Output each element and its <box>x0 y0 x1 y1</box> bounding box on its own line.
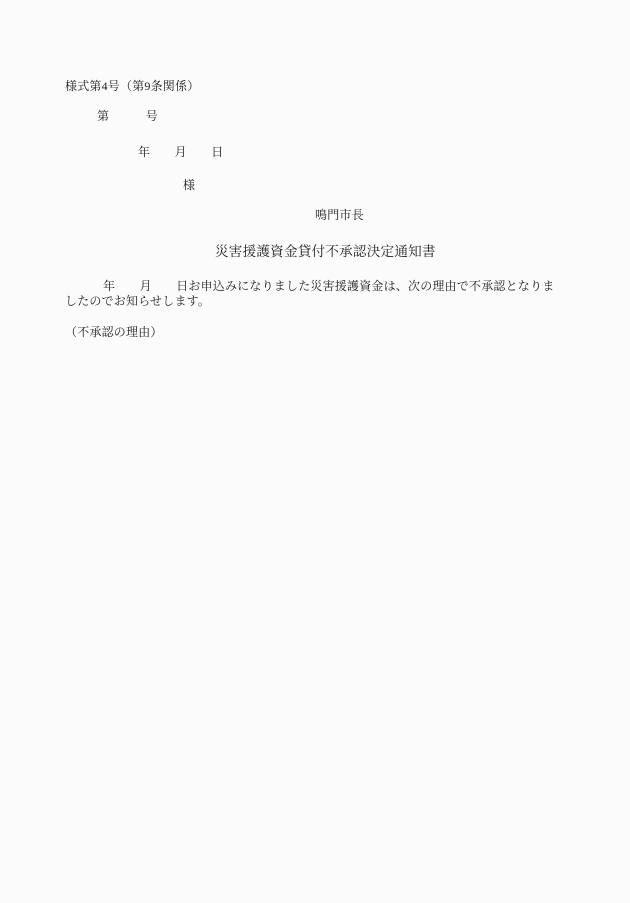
body-line-1: 年 月 日お申込みになりました災害援護資金は、次の理由で不承認となりま <box>103 279 554 293</box>
document-number-line: 第 号 <box>97 109 158 123</box>
document-page: 様式第4号（第9条関係） 第 号 年 月 日 様 鳴門市長 災害援護資金貸付不承… <box>0 0 630 903</box>
rejection-reason-heading: （不承認の理由） <box>65 325 163 339</box>
form-number-label: 様式第4号（第9条関係） <box>65 79 199 93</box>
issuer-name: 鳴門市長 <box>315 208 364 222</box>
document-title: 災害援護資金貸付不承認決定通知書 <box>215 244 436 260</box>
body-line-2: したのでお知らせします。 <box>65 294 210 308</box>
addressee-honorific: 様 <box>183 178 195 192</box>
issue-date-line: 年 月 日 <box>138 145 223 159</box>
